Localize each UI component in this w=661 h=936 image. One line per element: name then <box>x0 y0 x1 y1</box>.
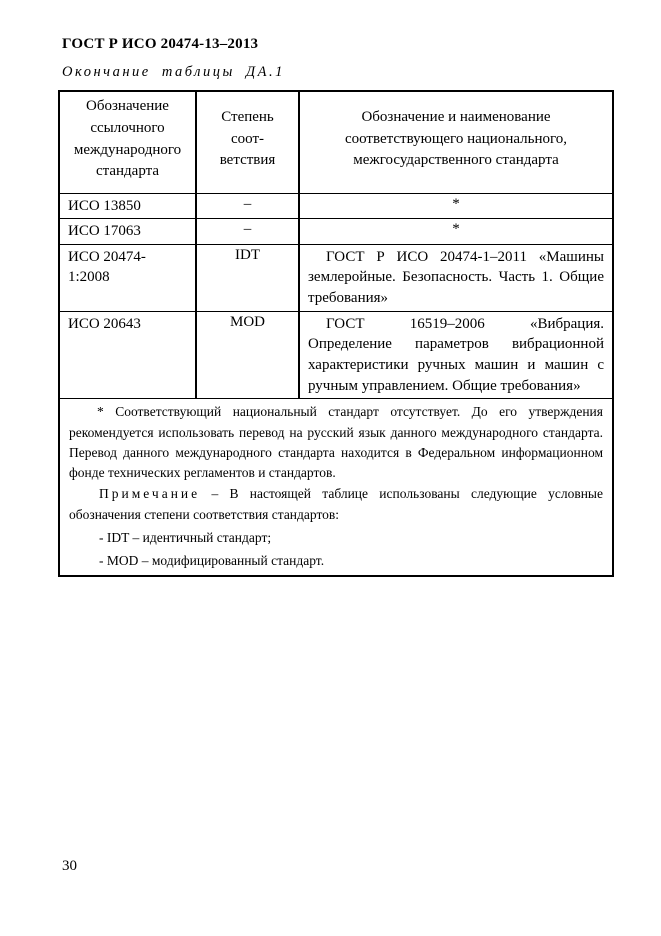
standard-description: ГОСТ Р ИСО 20474-1–2011 «Машины землерой… <box>308 247 604 309</box>
col-header-degree: Степень соот- ветствия <box>196 91 299 194</box>
reference-standard-cell: ИСО 13850 <box>59 194 196 219</box>
degree-cell: – <box>196 194 299 219</box>
degree-cell: – <box>196 219 299 244</box>
standard-description: ГОСТ 16519–2006 «Вибрация. Определение п… <box>308 314 604 397</box>
reference-standard-cell: ИСО 17063 <box>59 219 196 244</box>
table-caption: Окончание таблицы ДА.1 <box>62 64 285 81</box>
page-number: 30 <box>62 858 77 875</box>
reference-standard-cell: ИСО 20643 <box>59 311 196 399</box>
table-row: ИСО 13850 – * <box>59 194 613 219</box>
national-standard-cell: * <box>299 219 613 244</box>
reference-standard-cell: ИСО 20474-1:2008 <box>59 244 196 311</box>
col-header-national-standard: Обозначение и наименование соответствующ… <box>299 91 613 194</box>
col-header-reference-standard: Обозначение ссылочного международного ст… <box>59 91 196 194</box>
table-row: ИСО 17063 – * <box>59 219 613 244</box>
note-item-mod: - MOD – модифицированный стандарт. <box>99 551 603 571</box>
degree-cell: IDT <box>196 244 299 311</box>
table-note: Примечание – В настоящей таблице использ… <box>69 484 603 525</box>
national-standard-cell: ГОСТ Р ИСО 20474-1–2011 «Машины землерой… <box>299 244 613 311</box>
national-standard-cell: ГОСТ 16519–2006 «Вибрация. Определение п… <box>299 311 613 399</box>
national-standard-cell: * <box>299 194 613 219</box>
note-label: Примечание <box>99 486 200 501</box>
table-footnote: * Соответствующий национальный стандарт … <box>69 402 603 483</box>
table-row: ИСО 20643 MOD ГОСТ 16519–2006 «Вибрация.… <box>59 311 613 399</box>
degree-cell: MOD <box>196 311 299 399</box>
table-row: ИСО 20474-1:2008 IDT ГОСТ Р ИСО 20474-1–… <box>59 244 613 311</box>
table-footnote-row: * Соответствующий национальный стандарт … <box>59 399 613 577</box>
table-header: Обозначение ссылочного международного ст… <box>59 91 613 194</box>
note-item-idt: - IDT – идентичный стандарт; <box>99 528 603 548</box>
footnote-cell: * Соответствующий национальный стандарт … <box>59 399 613 577</box>
header-row: Обозначение ссылочного международного ст… <box>59 91 613 194</box>
standards-correspondence-table: Обозначение ссылочного международного ст… <box>58 90 614 577</box>
document-code: ГОСТ Р ИСО 20474-13–2013 <box>62 36 258 53</box>
